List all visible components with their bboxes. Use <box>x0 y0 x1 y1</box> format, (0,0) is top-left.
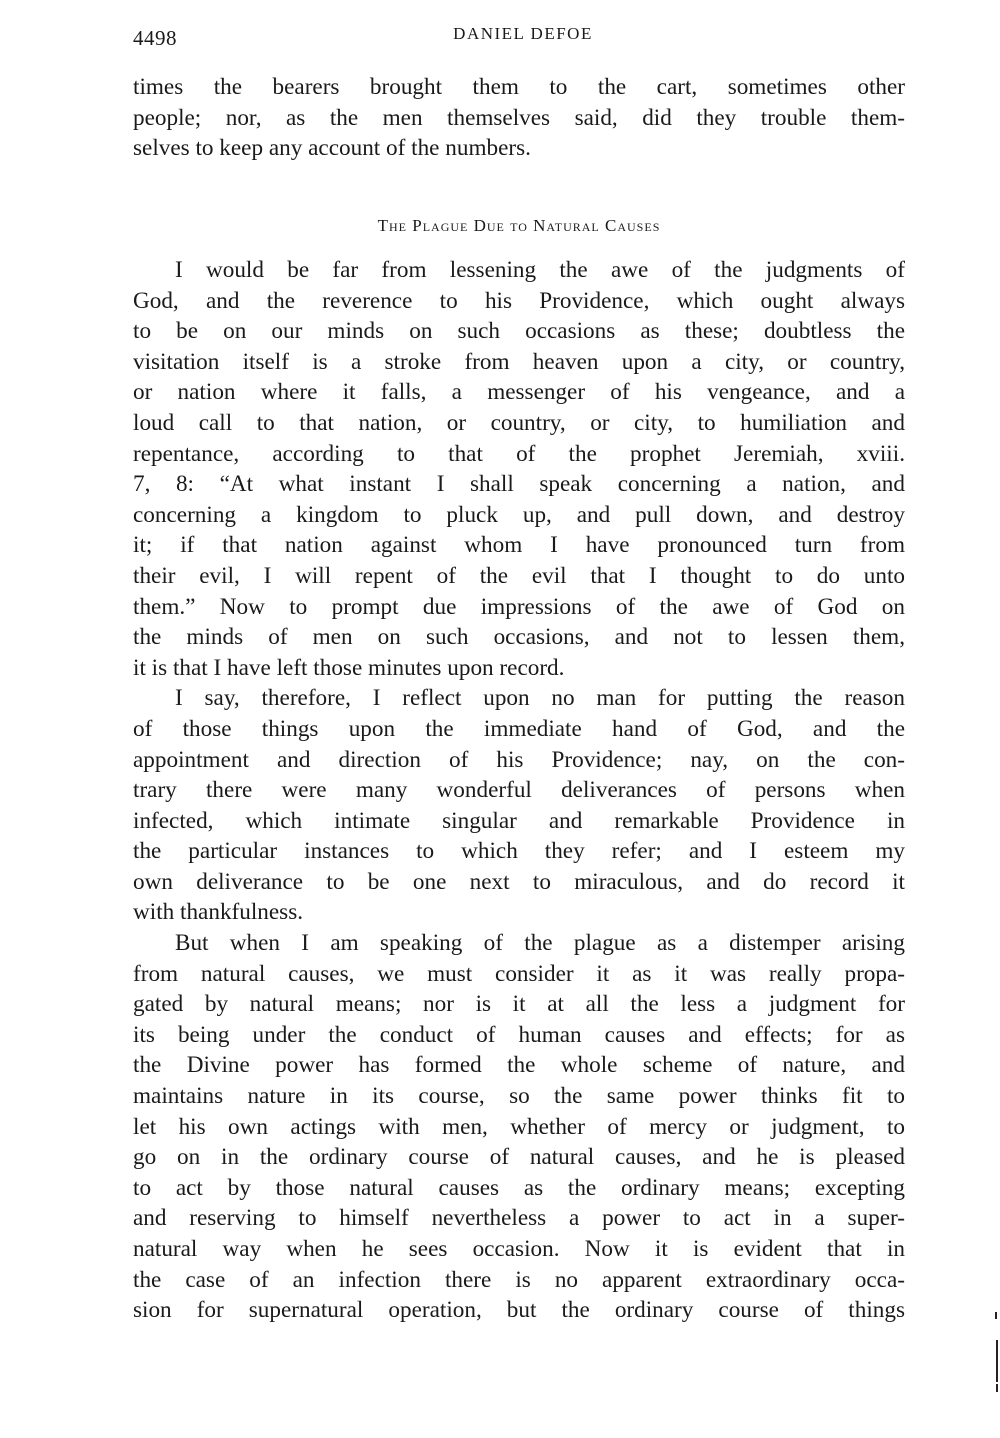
text-line: let his own actings with men, whether of… <box>133 1112 905 1143</box>
body-text: I would be far from lessening the awe of… <box>133 255 905 1326</box>
text-line: the case of an infection there is no app… <box>133 1265 905 1296</box>
text-line: people; nor, as the men themselves said,… <box>133 103 905 134</box>
text-line: sion for supernatural operation, but the… <box>133 1295 905 1326</box>
running-head: 4498 DANIEL DEFOE <box>133 22 905 52</box>
book-page: 4498 DANIEL DEFOE times the bearers brou… <box>0 0 1000 1438</box>
text-line: concerning a kingdom to pluck up, and pu… <box>133 500 905 531</box>
text-line: 7, 8: “At what instant I shall speak con… <box>133 469 905 500</box>
text-line: it is that I have left those minutes upo… <box>133 653 905 684</box>
paragraph-1: I would be far from lessening the awe of… <box>133 255 905 683</box>
text-line: appointment and direction of his Provide… <box>133 745 905 776</box>
text-line: repentance, according to that of the pro… <box>133 439 905 470</box>
section-heading: The Plague Due to Natural Causes <box>133 216 905 236</box>
text-line: from natural causes, we must consider it… <box>133 959 905 990</box>
text-line: infected, which intimate singular and re… <box>133 806 905 837</box>
text-line: God, and the reverence to his Providence… <box>133 286 905 317</box>
text-line: loud call to that nation, or country, or… <box>133 408 905 439</box>
text-line: own deliverance to be one next to miracu… <box>133 867 905 898</box>
text-line: and reserving to himself nevertheless a … <box>133 1203 905 1234</box>
text-line: But when I am speaking of the plague as … <box>133 928 905 959</box>
text-line: of those things upon the immediate hand … <box>133 714 905 745</box>
text-line: the particular instances to which they r… <box>133 836 905 867</box>
scan-artifact-dots <box>995 1312 997 1319</box>
text-line: or nation where it falls, a messenger of… <box>133 377 905 408</box>
text-line: with thankfulness. <box>133 897 905 928</box>
text-line: its being under the conduct of human cau… <box>133 1020 905 1051</box>
text-line: to be on our minds on such occasions as … <box>133 316 905 347</box>
text-line: go on in the ordinary course of natural … <box>133 1142 905 1173</box>
text-line: times the bearers brought them to the ca… <box>133 72 905 103</box>
text-line: to act by those natural causes as the or… <box>133 1173 905 1204</box>
text-line: selves to keep any account of the number… <box>133 133 905 164</box>
text-line: it; if that nation against whom I have p… <box>133 530 905 561</box>
text-line: their evil, I will repent of the evil th… <box>133 561 905 592</box>
text-line: the minds of men on such occasions, and … <box>133 622 905 653</box>
text-line: gated by natural means; nor is it at all… <box>133 989 905 1020</box>
scan-artifact-line <box>996 1340 998 1382</box>
text-line: natural way when he sees occasion. Now i… <box>133 1234 905 1265</box>
text-line: the Divine power has formed the whole sc… <box>133 1050 905 1081</box>
paragraph-2: I say, therefore, I reflect upon no man … <box>133 683 905 928</box>
scan-artifact-dots <box>996 1384 998 1392</box>
intro-paragraph: times the bearers brought them to the ca… <box>133 72 905 164</box>
text-line: maintains nature in its course, so the s… <box>133 1081 905 1112</box>
paragraph-3: But when I am speaking of the plague as … <box>133 928 905 1326</box>
text-line: visitation itself is a stroke from heave… <box>133 347 905 378</box>
text-line: I say, therefore, I reflect upon no man … <box>133 683 905 714</box>
text-line: I would be far from lessening the awe of… <box>133 255 905 286</box>
running-head-title: DANIEL DEFOE <box>141 24 905 44</box>
text-line: them.” Now to prompt due impressions of … <box>133 592 905 623</box>
text-line: trary there were many wonderful delivera… <box>133 775 905 806</box>
